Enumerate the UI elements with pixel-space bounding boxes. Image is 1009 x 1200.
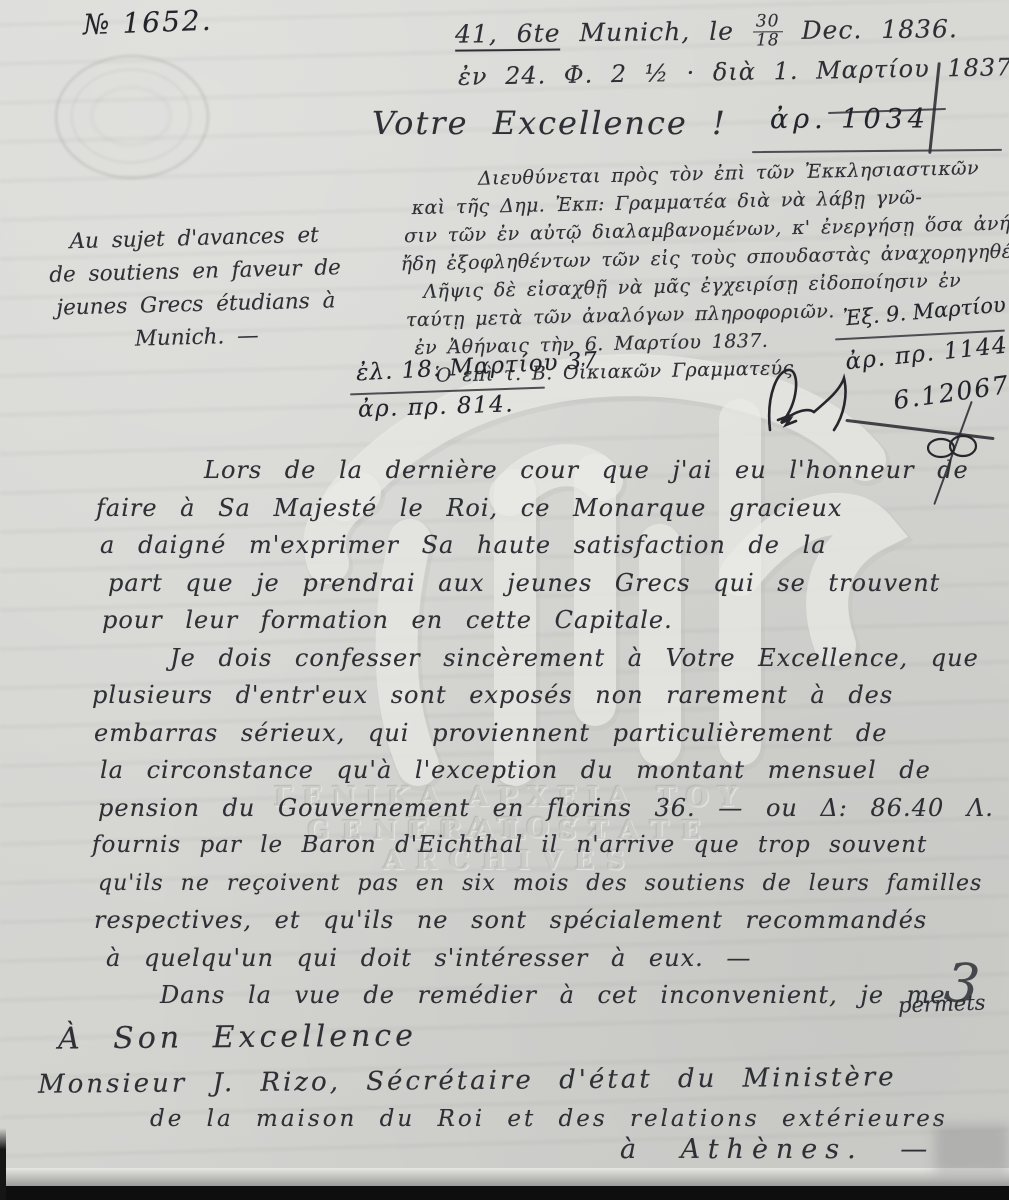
body-line: Lors de la dernière cour que j'ai eu l'h… (204, 452, 997, 490)
body-line: Dans la vue de remédier à cet inconvenie… (160, 977, 997, 1015)
scan-left-sliver (0, 1128, 6, 1200)
address-line-recipient: Monsieur J. Rizo, Sécrétaire d'état du M… (38, 1062, 897, 1099)
dateline-place: Munich, le (579, 17, 734, 48)
body-line: qu'ils ne reçoivent pas en six mois des … (98, 865, 997, 903)
dateline-date-fraction: 30 18 (753, 13, 783, 50)
body-line: respectives, et qu'ils ne sont spécialem… (94, 902, 997, 940)
page-mark-flourish: 3 (942, 950, 983, 1016)
embossed-seal (55, 55, 209, 179)
body-line: part que je prendrai aux jeunes Grecs qu… (108, 565, 997, 603)
body-line: pension du Gouvernement en florins 36. —… (98, 790, 997, 828)
dateline-prefix: 41, 6te (455, 18, 561, 51)
body-line: faire à Sa Majesté le Roi, ce Monarque g… (96, 490, 997, 528)
address-line-ministry: de la maison du Roi et des relations ext… (150, 1106, 948, 1132)
body-line: la circonstance qu'à l'exception du mont… (100, 752, 997, 790)
protocol-number-mid: ἀρ. πρ. 814. (358, 391, 515, 422)
salutation: Votre Excellence ! (372, 104, 727, 142)
document-number: № 1652. (82, 4, 213, 42)
dateline: 41, 6te Munich, le 30 18 Dec. 1836. (455, 11, 958, 53)
registry-line: ἐν 24. Φ. 2 ½ · διὰ 1. Μαρτίου 1837 (458, 53, 1009, 91)
body-line: embarras sérieux, qui proviennent partic… (94, 715, 997, 753)
paper-bottom-edge (0, 1168, 1009, 1186)
body-line: Je dois confesser sincèrement à Votre Ex… (170, 640, 997, 678)
scan-bottom-bar (0, 1186, 1009, 1200)
ref-number: ἀρ. 1034 (770, 104, 930, 135)
body-line: à quelqu'un qui doit s'intéresser à eux.… (106, 940, 997, 978)
body-line: fournis par le Baron d'Eichthal il n'arr… (92, 827, 997, 865)
letter-body: Lors de la dernière cour que j'ai eu l'h… (92, 452, 997, 1015)
dateline-date-rest: Dec. 1836. (801, 14, 958, 45)
address-line-excellence: À Son Excellence (58, 1018, 417, 1056)
body-line: a daigné m'exprimer Sa haute satisfactio… (100, 527, 997, 565)
scanned-letter-page: ΓΕΝΙΚΑ ΑΡΧΕΙΑ ΤΟΥ ΚΡΑΤΟΥΣ GENERAL STATE … (0, 0, 1009, 1200)
corner-shadow (935, 1125, 1009, 1173)
body-line: plusieurs d'entr'eux sont exposés non ra… (92, 677, 997, 715)
margin-note: Au sujet d'avances et de soutiens en fav… (26, 218, 364, 359)
ref-underline (752, 149, 1002, 153)
body-line: pour leur formation en cette Capitale. (102, 602, 997, 640)
signature-flourish (748, 360, 878, 460)
address-line-city: à Athènes. — (620, 1134, 935, 1165)
